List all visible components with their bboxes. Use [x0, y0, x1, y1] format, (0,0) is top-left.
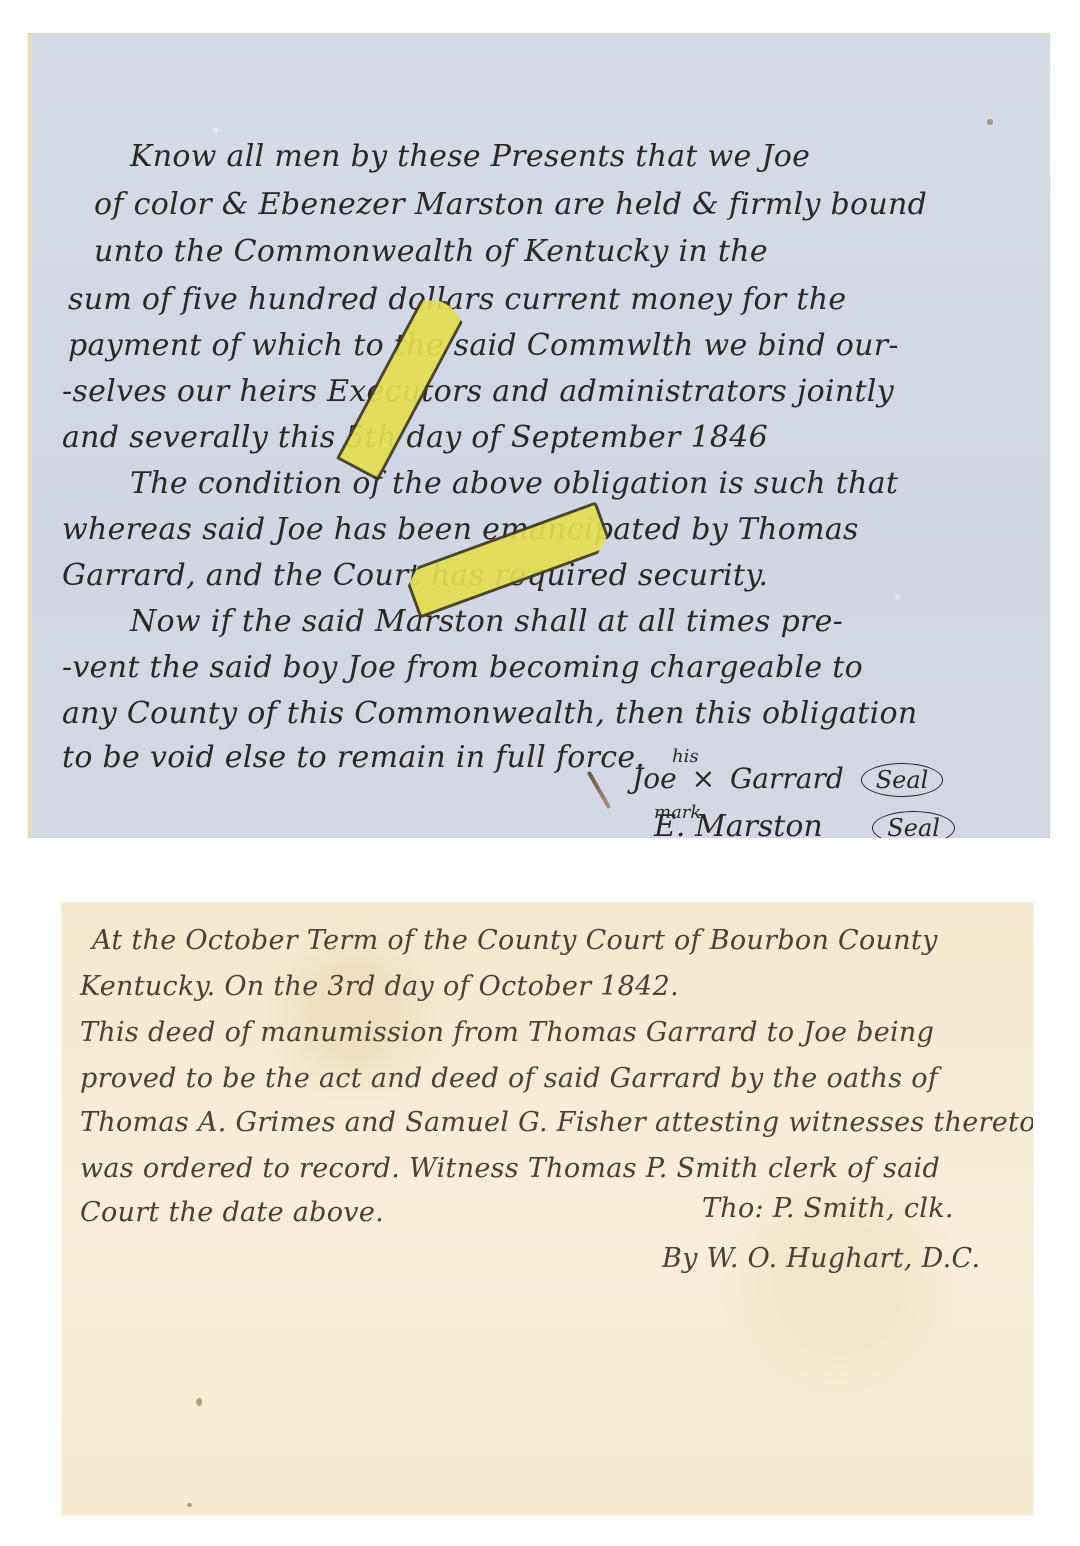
clerk-signature: Tho: P. Smith, clk. — [702, 1193, 954, 1224]
record-line-6: was ordered to record. Witness Thomas P.… — [80, 1153, 940, 1184]
marston-signature: E. Marston Seal — [654, 809, 955, 838]
bond-line-6: -selves our heirs Executors and administ… — [62, 374, 894, 409]
joe-seal: Seal — [861, 763, 944, 797]
bond-line-14: to be void else to remain in full force. — [62, 740, 645, 775]
cross-mark-icon: × — [692, 762, 715, 795]
bond-line-8: The condition of the above obligation is… — [130, 466, 898, 501]
record-line-2: Kentucky. On the 3rd day of October 1842… — [80, 971, 679, 1002]
record-line-1: At the October Term of the County Court … — [92, 925, 938, 956]
joe-first-name: Joe — [632, 762, 677, 795]
record-line-4: proved to be the act and deed of said Ga… — [80, 1063, 938, 1094]
bond-line-12: -vent the said boy Joe from becoming cha… — [62, 650, 863, 685]
joe-signature: Joe × Garrard Seal — [632, 762, 943, 797]
ink-stroke-mark — [587, 771, 611, 809]
record-line-5: Thomas A. Grimes and Samuel G. Fisher at… — [80, 1107, 1033, 1138]
bond-line-11: Now if the said Marston shall at all tim… — [130, 604, 843, 639]
marston-seal: Seal — [872, 811, 955, 838]
bond-line-1: Know all men by these Presents that we J… — [130, 139, 810, 174]
joe-last-name: Garrard — [730, 762, 844, 795]
marston-name: E. Marston — [654, 809, 823, 838]
bond-line-9: whereas said Joe has been emancipated by… — [62, 512, 859, 547]
bond-line-4: sum of five hundred dollars current mone… — [68, 282, 846, 317]
deputy-signature: By W. O. Hughart, D.C. — [662, 1243, 980, 1274]
record-line-7: Court the date above. — [80, 1197, 384, 1228]
court-record-document: At the October Term of the County Court … — [62, 903, 1033, 1515]
record-line-3: This deed of manumission from Thomas Gar… — [80, 1017, 934, 1048]
paper-stain — [987, 119, 993, 125]
bond-line-3: unto the Commonwealth of Kentucky in the — [94, 234, 768, 269]
bond-document: Know all men by these Presents that we J… — [28, 33, 1050, 838]
paper-stain — [187, 1503, 192, 1507]
paper-stain — [196, 1398, 202, 1406]
bond-line-2: of color & Ebenezer Marston are held & f… — [94, 187, 927, 222]
bond-line-5: payment of which to the said Commwlth we… — [68, 328, 899, 363]
bond-line-13: any County of this Commonwealth, then th… — [62, 696, 918, 731]
bond-line-7: and severally this 5th day of September … — [62, 420, 768, 455]
